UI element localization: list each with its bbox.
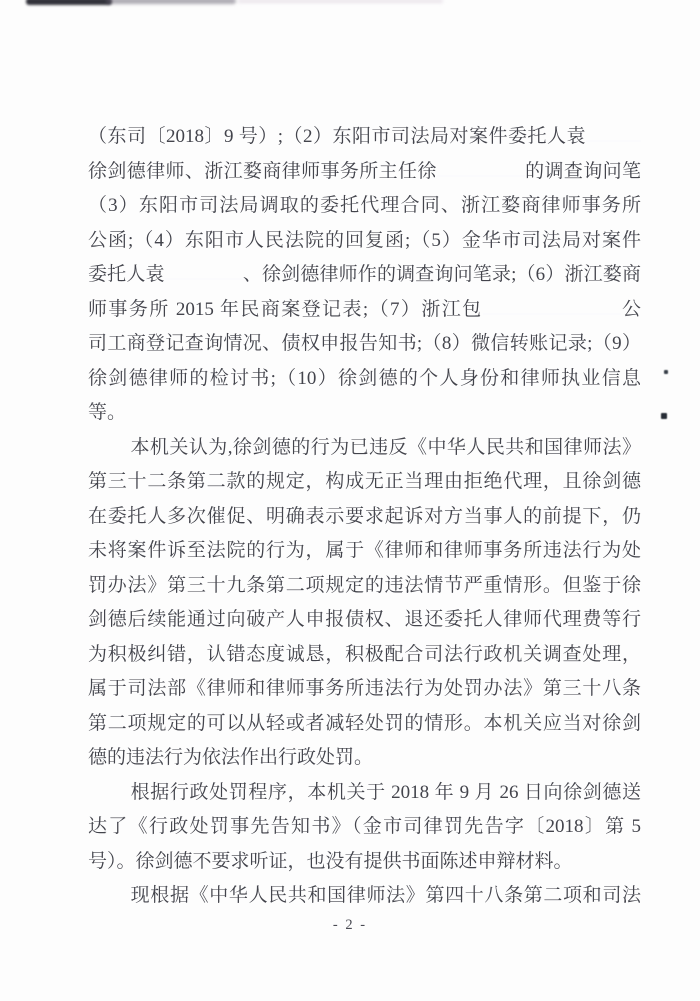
line-text: 公 xyxy=(621,299,641,320)
text-line: 剑德后续能通过向破产人申报债权、退还委托人律师代理费等行 xyxy=(88,603,641,638)
text-line: 本机关认为,徐剑德的行为已违反《中华人民共和国律师法》 xyxy=(88,431,641,466)
page-number: - 2 - xyxy=(0,917,700,934)
text-line: 未将案件诉至法院的行为，属于《律师和律师事务所违法行为处 xyxy=(88,534,641,569)
line-text: 徐剑德律师的检讨书;（10）徐剑德的个人身份和律师执业信息 xyxy=(88,368,641,389)
text-line: 属于司法部《律师和律师事务所违法行为处罚办法》第三十八条 xyxy=(88,672,641,707)
line-text: 剑德后续能通过向破产人申报债权、退还委托人律师代理费等行 xyxy=(88,609,641,630)
redaction-gap xyxy=(483,313,621,315)
line-text: 号）。徐剑德不要求听证，也没有提供书面陈述申辩材料。 xyxy=(88,851,573,872)
text-line: 师事务所 2015 年民商案登记表;（7）浙江包公 xyxy=(88,293,641,328)
paragraph-indent xyxy=(88,451,130,453)
scanned-document-screenshot: { "page": { "page_number": "- 2 -", "bac… xyxy=(0,0,700,1001)
paragraph-indent xyxy=(88,796,130,798)
redaction-gap xyxy=(165,278,243,280)
line-text: 属于司法部《律师和律师事务所违法行为处罚办法》第三十八条 xyxy=(88,678,641,699)
text-line: 号）。徐剑德不要求听证，也没有提供书面陈述申辩材料。 xyxy=(88,845,641,880)
line-text: 第二项规定的可以从轻或者减轻处罚的情形。本机关应当对徐剑 xyxy=(88,713,641,734)
line-text: 罚办法》第三十九条第二项规定的违法情节严重情形。但鉴于徐 xyxy=(88,575,641,596)
text-line: 达了《行政处罚事先告知书》（金市司律罚先告字〔2018〕第 5 xyxy=(88,810,641,845)
scan-artifact-top-smudge-faint xyxy=(238,0,443,3)
scan-artifact-margin-dot-large xyxy=(661,413,667,419)
text-line: 根据行政处罚程序，本机关于 2018 年 9 月 26 日向徐剑德送 xyxy=(88,776,641,811)
line-text: 根据行政处罚程序，本机关于 2018 年 9 月 26 日向徐剑德送 xyxy=(130,782,641,803)
line-text: 师事务所 2015 年民商案登记表;（7）浙江包 xyxy=(88,299,483,320)
line-text: 第三十二条第二款的规定，构成无正当理由拒绝代理，且徐剑德 xyxy=(88,471,641,492)
line-text: 在委托人多次催促、明确表示要求起诉对方当事人的前提下，仍 xyxy=(88,506,641,527)
text-line: 徐剑德律师的检讨书;（10）徐剑德的个人身份和律师执业信息 xyxy=(88,362,641,397)
text-line: 为积极纠错，认错态度诚恳，积极配合司法行政机关调查处理， xyxy=(88,638,641,673)
line-text: 为积极纠错，认错态度诚恳，积极配合司法行政机关调查处理， xyxy=(88,644,641,665)
line-text: 现根据《中华人民共和国律师法》第四十八条第二项和司法 xyxy=(130,885,641,906)
text-line: 德的违法行为依法作出行政处罚。 xyxy=(88,741,641,776)
line-text: 德的违法行为依法作出行政处罚。 xyxy=(88,747,373,768)
text-line: 罚办法》第三十九条第二项规定的违法情节严重情形。但鉴于徐 xyxy=(88,569,641,604)
scan-artifact-top-smudge-dark xyxy=(26,0,112,5)
line-text: （3）东阳市司法局调取的委托代理合同、浙江婺商律师事务所 xyxy=(88,195,641,216)
line-text: 委托人袁 xyxy=(88,264,165,285)
redaction-gap xyxy=(586,140,641,142)
text-line: 现根据《中华人民共和国律师法》第四十八条第二项和司法 xyxy=(88,879,641,914)
line-text: 司工商登记查询情况、债权申报告知书;（8）微信转账记录;（9） xyxy=(88,333,641,354)
text-line: （东司〔2018〕9 号）;（2）东阳市司法局对案件委托人袁、 xyxy=(88,120,641,155)
text-line: 公函;（4）东阳市人民法院的回复函;（5）金华市司法局对案件 xyxy=(88,224,641,259)
text-line: 在委托人多次催促、明确表示要求起诉对方当事人的前提下，仍 xyxy=(88,500,641,535)
text-line: 徐剑德律师、浙江婺商律师事务所主任徐的调查询问笔录; xyxy=(88,155,641,190)
scan-artifact-top-smudge-medium xyxy=(106,0,236,4)
line-text: 达了《行政处罚事先告知书》（金市司律罚先告字〔2018〕第 5 xyxy=(88,816,641,837)
redaction-gap xyxy=(437,175,525,177)
text-line: 第三十二条第二款的规定，构成无正当理由拒绝代理，且徐剑德 xyxy=(88,465,641,500)
line-text: 公函;（4）东阳市人民法院的回复函;（5）金华市司法局对案件 xyxy=(88,230,641,251)
line-text: 等。 xyxy=(88,402,126,423)
text-line: 司工商登记查询情况、债权申报告知书;（8）微信转账记录;（9） xyxy=(88,327,641,362)
text-line: 第二项规定的可以从轻或者减轻处罚的情形。本机关应当对徐剑 xyxy=(88,707,641,742)
document-page: （东司〔2018〕9 号）;（2）东阳市司法局对案件委托人袁、徐剑德律师、浙江婺… xyxy=(0,0,700,1001)
paragraph-indent xyxy=(88,899,130,901)
line-text: 未将案件诉至法院的行为，属于《律师和律师事务所违法行为处 xyxy=(88,540,641,561)
line-text: 本机关认为,徐剑德的行为已违反《中华人民共和国律师法》 xyxy=(130,437,641,458)
document-lines: （东司〔2018〕9 号）;（2）东阳市司法局对案件委托人袁、徐剑德律师、浙江婺… xyxy=(88,120,641,914)
line-text: （东司〔2018〕9 号）;（2）东阳市司法局对案件委托人袁 xyxy=(88,126,586,147)
text-line: 委托人袁、徐剑德律师作的调查询问笔录;（6）浙江婺商律 xyxy=(88,258,641,293)
text-line: （3）东阳市司法局调取的委托代理合同、浙江婺商律师事务所 xyxy=(88,189,641,224)
line-text: 徐剑德律师、浙江婺商律师事务所主任徐 xyxy=(88,161,437,182)
text-line: 等。 xyxy=(88,396,641,431)
scan-artifact-margin-dot-small xyxy=(664,370,668,374)
